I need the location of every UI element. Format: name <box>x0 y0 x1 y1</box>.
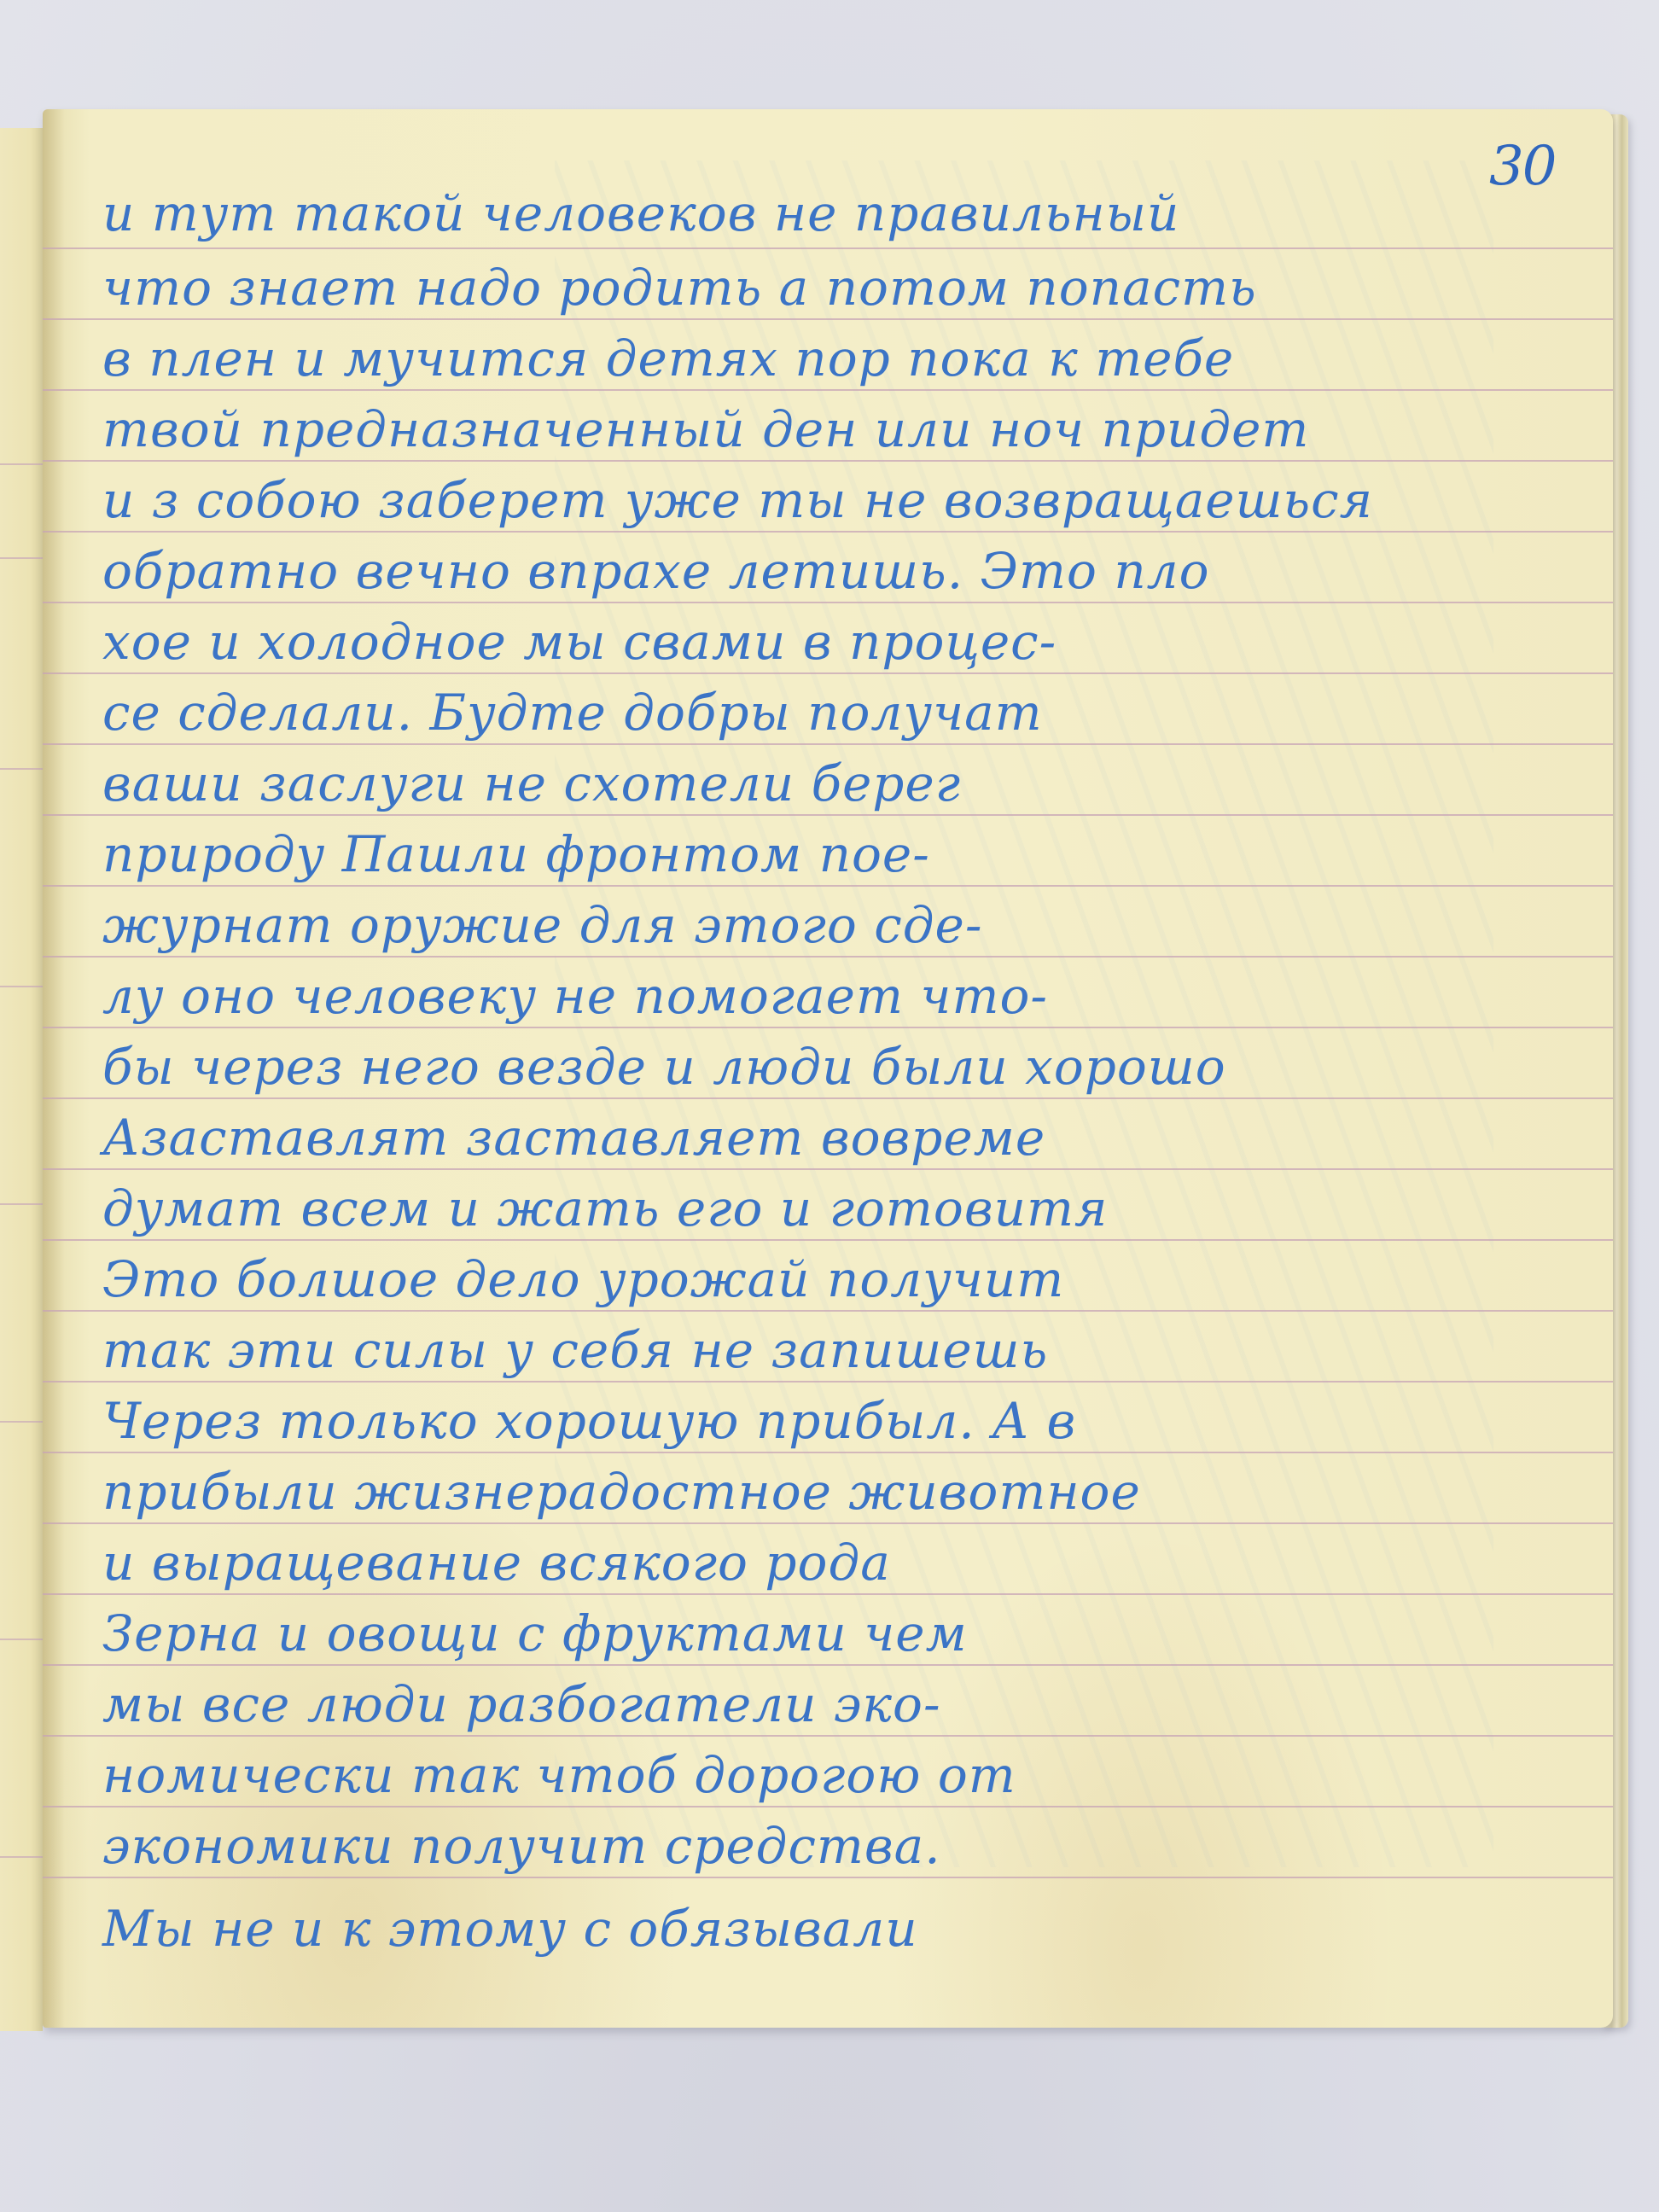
rule-line <box>43 1239 1613 1241</box>
rule-line <box>0 1203 43 1205</box>
rule-line <box>43 1168 1613 1170</box>
handwritten-line: твой предназначенный ден или ноч придет <box>102 400 1309 458</box>
page-number: 30 <box>1489 135 1555 198</box>
rule-line <box>43 318 1613 320</box>
handwritten-line: Зерна и овощи с фруктами чем <box>102 1604 968 1662</box>
handwritten-line: обратно вечно впраxе летишь. Это пло <box>102 542 1210 600</box>
handwritten-line: мы все люди разбогатели эко- <box>102 1675 941 1733</box>
handwritten-line: ваши заслуги не схотели берег <box>102 754 961 812</box>
rule-line <box>43 1877 1613 1878</box>
handwritten-line: прибыли жизнерадостное животное <box>102 1463 1141 1521</box>
rule-line <box>0 986 43 987</box>
left-facing-page-edge <box>0 128 43 2031</box>
rule-line <box>43 1027 1613 1028</box>
handwritten-line: Азаставлят заставляет вовреме <box>102 1109 1045 1167</box>
rule-line <box>43 1522 1613 1524</box>
rule-line <box>0 1856 43 1858</box>
rule-line <box>43 1097 1613 1099</box>
rule-line <box>43 956 1613 958</box>
handwritten-line: бы через него везде и люди были хорошо <box>102 1038 1226 1096</box>
handwritten-line: природу Пашли фронтом пое- <box>102 825 930 883</box>
notebook-page: 30 и тут такой человеков не правильный ч… <box>43 109 1613 2028</box>
rule-line <box>43 1310 1613 1312</box>
rule-line <box>0 768 43 770</box>
rule-line <box>43 1735 1613 1737</box>
rule-line <box>43 460 1613 462</box>
rule-line <box>43 1381 1613 1382</box>
handwritten-line: хое и холодное мы свами в процес- <box>102 613 1057 671</box>
rule-line <box>0 463 43 465</box>
handwritten-line: экономики получит средства. <box>102 1817 941 1875</box>
handwritten-line: се сделали. Будте добры получат <box>102 684 1043 742</box>
rule-line <box>43 672 1613 674</box>
handwritten-line: номически так чтоб дорогою от <box>102 1746 1016 1804</box>
rule-line <box>43 1452 1613 1453</box>
handwritten-line: в плен и мучится детях пор пока к тебе <box>102 329 1234 387</box>
rule-line <box>43 247 1613 249</box>
rule-line <box>43 602 1613 603</box>
rule-line <box>43 885 1613 887</box>
rule-line <box>43 1593 1613 1595</box>
handwritten-line: Это болшое дело урожай получит <box>102 1250 1064 1308</box>
rule-line <box>43 1806 1613 1807</box>
rule-line <box>43 531 1613 533</box>
rule-line <box>43 743 1613 745</box>
rule-line <box>43 814 1613 816</box>
handwritten-line: и тут такой человеков не правильный <box>102 184 1179 242</box>
rule-line <box>0 1421 43 1423</box>
rule-line <box>43 389 1613 391</box>
rule-line <box>43 1664 1613 1666</box>
handwritten-line: думат всем и жать его и готовитя <box>102 1179 1108 1237</box>
handwritten-line: журнат оружие для этого сде- <box>102 896 982 954</box>
handwritten-line: что знает надо родить а потом попасть <box>102 259 1257 317</box>
handwritten-line: Мы не и к этому с обязывали <box>102 1900 918 1958</box>
binding-gutter-shadow <box>43 109 65 2028</box>
handwritten-line: и выращевание всякого рода <box>102 1534 891 1592</box>
handwritten-line: Через только хорошую прибыл. А в <box>102 1392 1076 1450</box>
rule-line <box>0 557 43 559</box>
handwritten-line: так эти силы у себя не запишешь <box>102 1321 1048 1379</box>
rule-line <box>0 1639 43 1640</box>
handwritten-line: и з собою заберет уже ты не возвращаешьс… <box>102 471 1373 529</box>
handwritten-line: лу оно человеку не помогает что- <box>102 967 1048 1025</box>
